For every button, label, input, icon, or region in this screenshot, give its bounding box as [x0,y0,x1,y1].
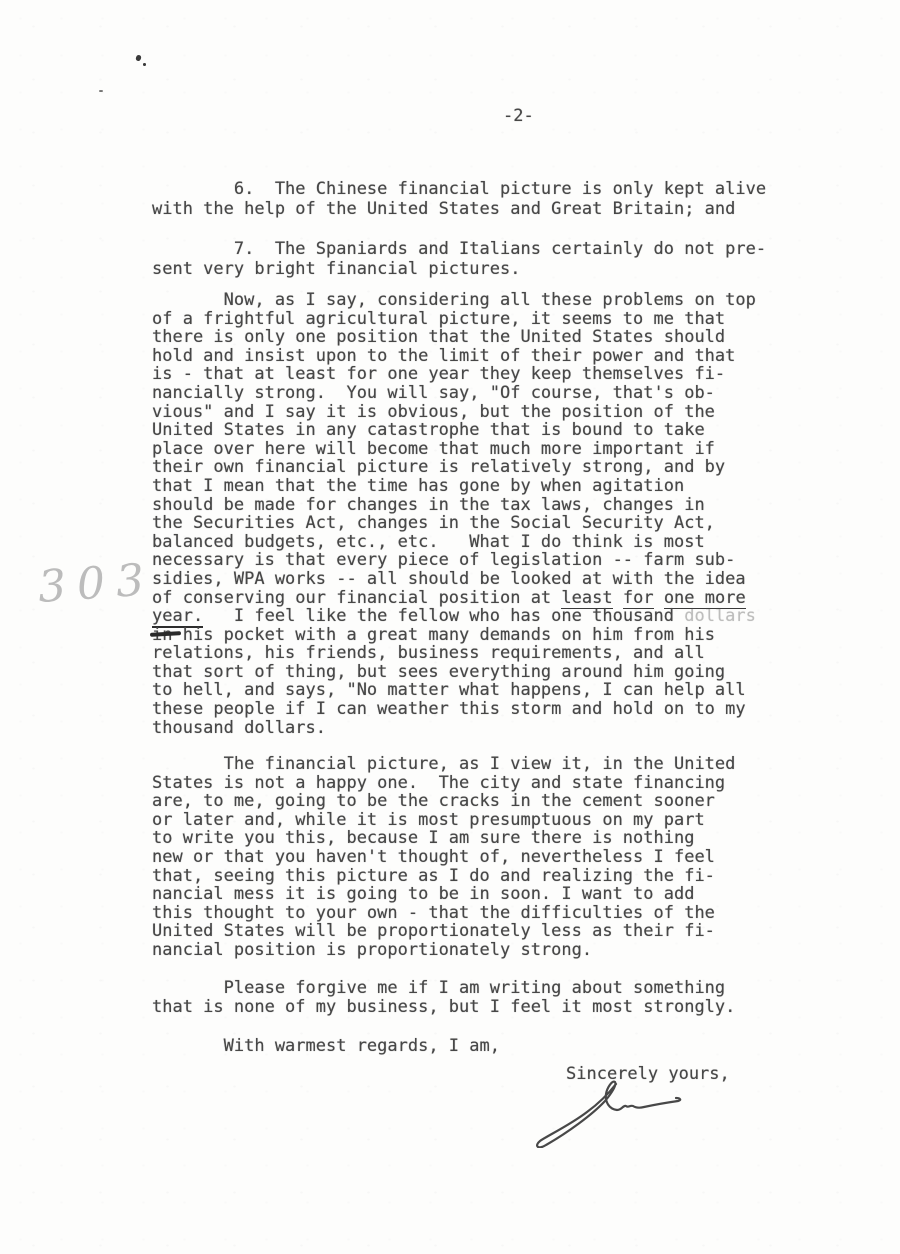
text-line: necessary is that every piece of legisla… [152,551,756,570]
text-line: thousand dollars. [152,719,756,738]
text-line: vious" and I say it is obvious, but the … [152,403,756,422]
text-line: sent very bright financial pictures. [152,259,766,279]
text-line: are, to me, going to be the cracks in th… [152,792,735,811]
text-line: States is not a happy one. The city and … [152,774,735,793]
scan-speck-icon [99,90,103,92]
text-line: to hell, and says, "No matter what happe… [152,681,756,700]
text-line: of conserving our financial position at … [152,589,756,608]
text-line: in his pocket with a great many demands … [152,626,756,645]
paragraph-body-2: The financial picture, as I view it, in … [152,755,735,960]
text-line: with the help of the United States and G… [152,199,766,219]
letter-page: -2- 303 6. The Chinese financial picture… [0,0,900,1254]
paragraph-item-7: 7. The Spaniards and Italians certainly … [152,239,766,279]
page-number: -2- [503,106,534,126]
text-line: nancially strong. You will say, "Of cour… [152,384,756,403]
text-line: that, seeing this picture as I do and re… [152,867,735,886]
text-line: hold and insist upon to the limit of the… [152,347,756,366]
margin-note-303: 303 [36,554,156,613]
text-line: their own financial picture is relativel… [152,458,756,477]
text-line: The financial picture, as I view it, in … [152,755,735,774]
scan-speck-icon [143,63,146,66]
text-line: the Securities Act, changes in the Socia… [152,514,756,533]
text-line: balanced budgets, etc., etc. What I do t… [152,533,756,552]
text-line: this thought to your own - that the diff… [152,904,735,923]
text-line: nancial mess it is going to be in soon. … [152,885,735,904]
paragraph-apology: Please forgive me if I am writing about … [152,979,735,1016]
text-line: these people if I can weather this storm… [152,700,756,719]
text-line: that sort of thing, but sees everything … [152,663,756,682]
text-line: 7. The Spaniards and Italians certainly … [152,239,766,259]
text-line: Now, as I say, considering all these pro… [152,291,756,310]
paragraph-item-6: 6. The Chinese financial picture is only… [152,179,766,219]
handwritten-signature [532,1078,684,1148]
scan-speck-icon [135,54,142,61]
text-line: is - that at least for one year they kee… [152,365,756,384]
text-line: of a frightful agricultural picture, it … [152,310,756,329]
paragraph-body-1: Now, as I say, considering all these pro… [152,291,756,737]
text-line: new or that you haven't thought of, neve… [152,848,735,867]
text-line: should be made for changes in the tax la… [152,496,756,515]
text-line: Please forgive me if I am writing about … [152,979,735,998]
text-line: relations, his friends, business require… [152,644,756,663]
paragraph-regards: With warmest regards, I am, [152,1037,500,1056]
text-line: United States will be proportionately le… [152,922,735,941]
text-line: or later and, while it is most presumptu… [152,811,735,830]
text-line: there is only one position that the Unit… [152,328,756,347]
text-line: 6. The Chinese financial picture is only… [152,179,766,199]
text-line: that I mean that the time has gone by wh… [152,477,756,496]
text-line: nancial position is proportionately stro… [152,941,735,960]
text-line: that is none of my business, but I feel … [152,998,735,1017]
text-line: With warmest regards, I am, [152,1037,500,1056]
text-line: sidies, WPA works -- all should be looke… [152,570,756,589]
text-line: to write you this, because I am sure the… [152,829,735,848]
text-line: United States in any catastrophe that is… [152,421,756,440]
text-line: place over here will become that much mo… [152,440,756,459]
text-line: year. I feel like the fellow who has one… [152,607,756,626]
